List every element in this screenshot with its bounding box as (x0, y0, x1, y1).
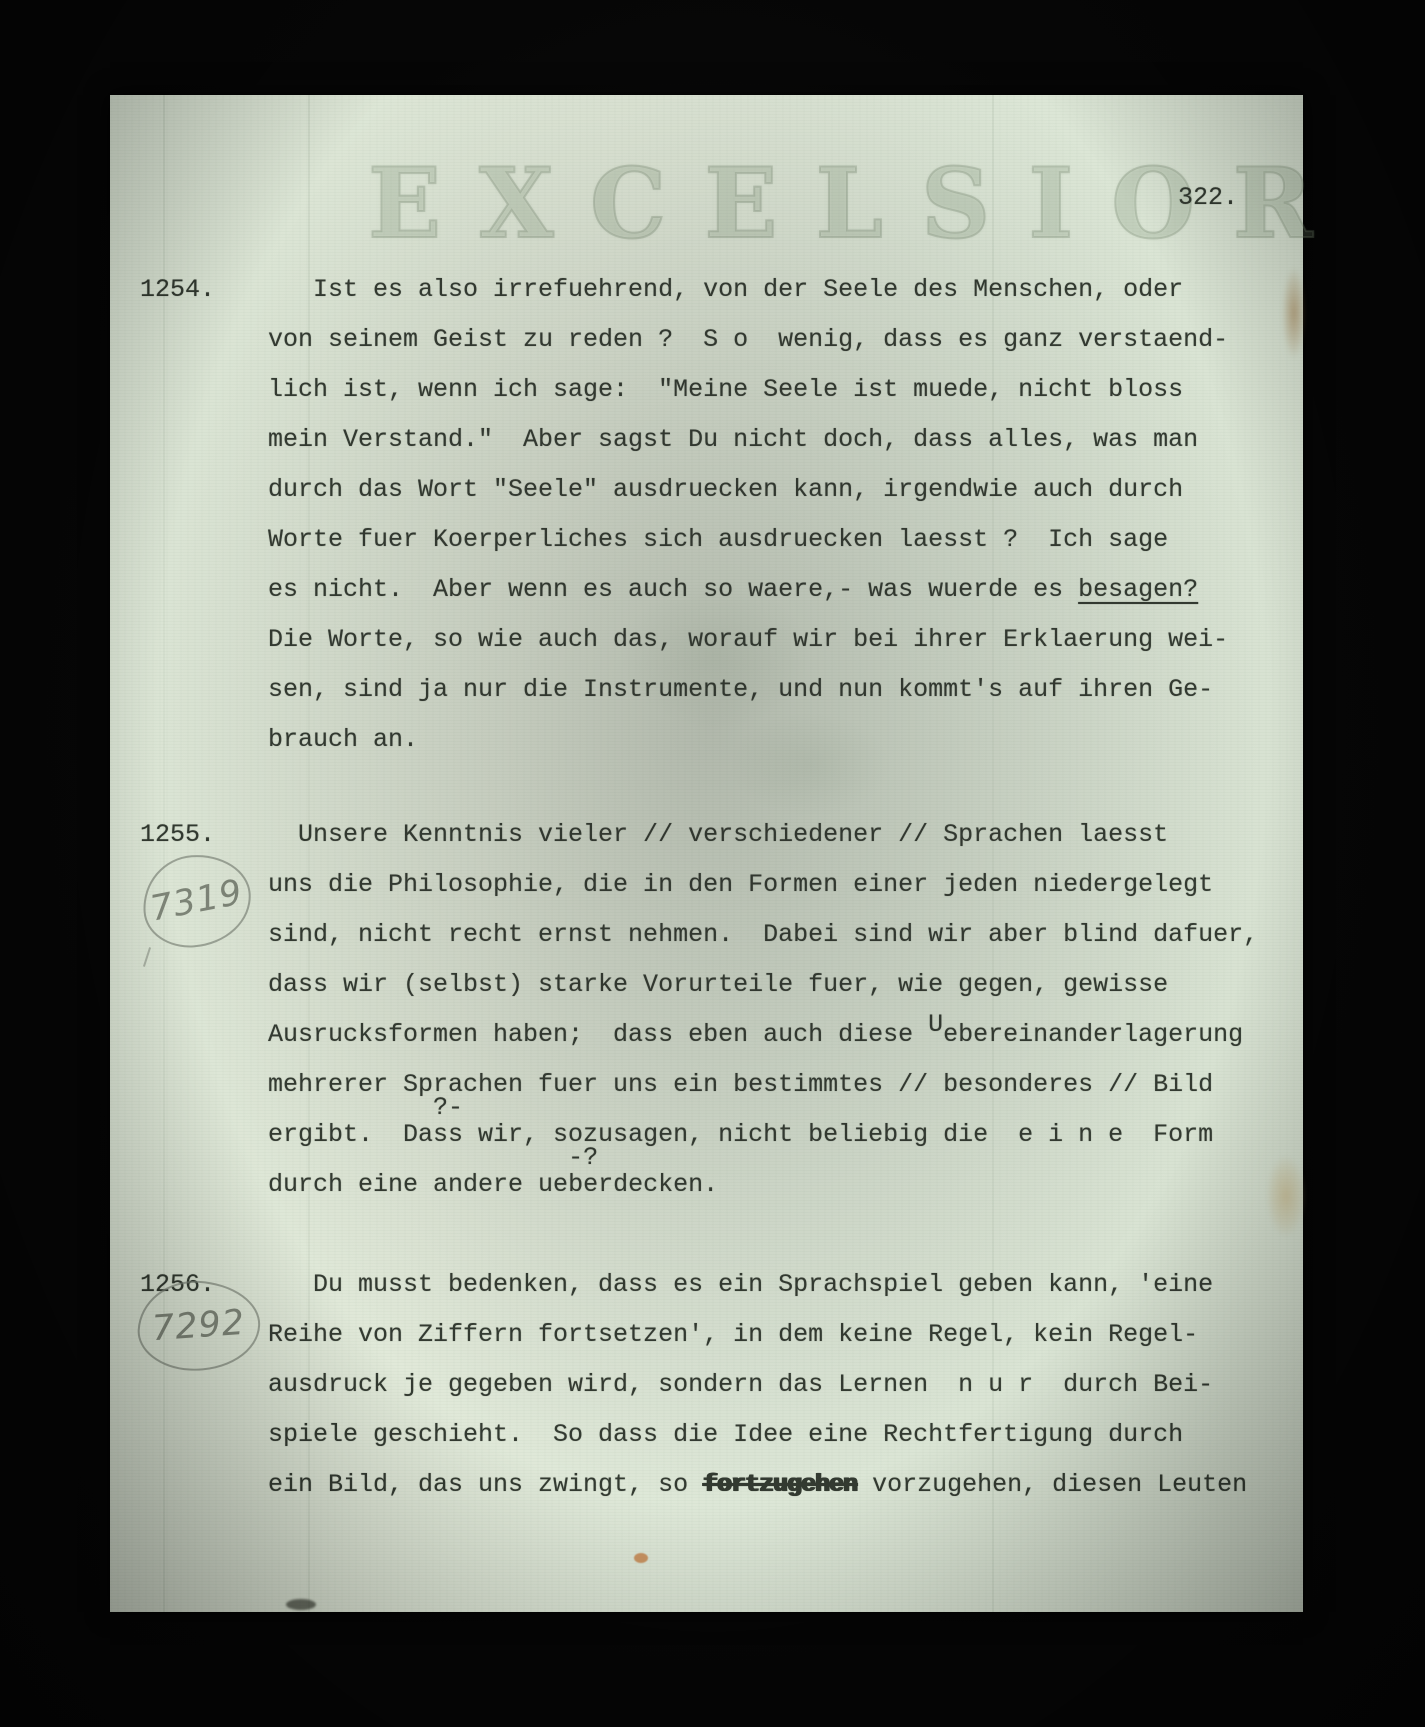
small-stain (634, 1553, 648, 1563)
typed-line: brauch an. (268, 715, 1268, 765)
typed-line: Reihe von Ziffern fortsetzen', in dem ke… (268, 1310, 1268, 1360)
typed-line: sind, nicht recht ernst nehmen. Dabei si… (268, 910, 1268, 960)
remark-number: 1255. (140, 810, 215, 860)
typed-line: Die Worte, so wie auch das, worauf wir b… (268, 615, 1268, 665)
typed-line: dass wir (selbst) starke Vorurteile fuer… (268, 960, 1268, 1010)
typed-line: spiele geschieht. So dass die Idee eine … (268, 1410, 1268, 1460)
typed-line: Du musst bedenken, dass es ein Sprachspi… (268, 1260, 1268, 1310)
handwritten-reference-number: 7319 (147, 872, 246, 929)
excelsior-watermark: EXCELSIOR (368, 147, 1425, 260)
typed-line: von seinem Geist zu reden ? S o wenig, d… (268, 315, 1268, 365)
handwritten-reference-number: 7292 (151, 1303, 247, 1349)
typed-line: mein Verstand." Aber sagst Du nicht doch… (268, 415, 1268, 465)
remark-text: Ist es also irrefuehrend, von der Seele … (268, 265, 1268, 765)
typed-line: durch das Wort "Seele" ausdruecken kann,… (268, 465, 1268, 515)
remark-1254: 1254. Ist es also irrefuehrend, von der … (110, 265, 1303, 765)
remark-1256: 1256. Du musst bedenken, dass es ein Spr… (110, 1260, 1303, 1510)
typed-line: Ist es also irrefuehrend, von der Seele … (268, 265, 1268, 315)
typed-line: ergibt. Da?-ss wir, sozusagen, nicht bel… (268, 1110, 1268, 1160)
typed-line: lich ist, wenn ich sage: "Meine Seele is… (268, 365, 1268, 415)
typed-line: sen, sind ja nur die Instrumente, und nu… (268, 665, 1268, 715)
remark-1255: 1255. Unsere Kenntnis vieler // verschie… (110, 810, 1303, 1210)
document-page: EXCELSIOR 322. 1254. Ist es also irrefue… (110, 95, 1303, 1612)
typed-line: Ausrucksformen haben; dass eben auch die… (268, 1010, 1268, 1060)
remark-number: 1254. (140, 265, 215, 315)
typed-line: mehrerer Sprachen fuer uns ein bestimmte… (268, 1060, 1268, 1110)
typed-line: Unsere Kenntnis vieler // verschiedener … (268, 810, 1268, 860)
typed-line: uns die Philosophie, die in den Formen e… (268, 860, 1268, 910)
typed-line: ein Bild, das uns zwingt, so fortzugehen… (268, 1460, 1268, 1510)
typed-line: ausdruck je gegeben wird, sondern das Le… (268, 1360, 1268, 1410)
typed-line: durch eine andere ue-?berdecken. (268, 1160, 1268, 1210)
typed-line: es nicht. Aber wenn es auch so waere,- w… (268, 565, 1268, 615)
page-number: 322. (1178, 173, 1238, 223)
edge-smudge (286, 1599, 316, 1610)
typed-line: Worte fuer Koerperliches sich ausdruecke… (268, 515, 1268, 565)
remark-text: Du musst bedenken, dass es ein Sprachspi… (268, 1260, 1268, 1510)
photo-background: { "page": { "number": "322.", "watermark… (0, 0, 1425, 1727)
remark-text: Unsere Kenntnis vieler // verschiedener … (268, 810, 1268, 1210)
